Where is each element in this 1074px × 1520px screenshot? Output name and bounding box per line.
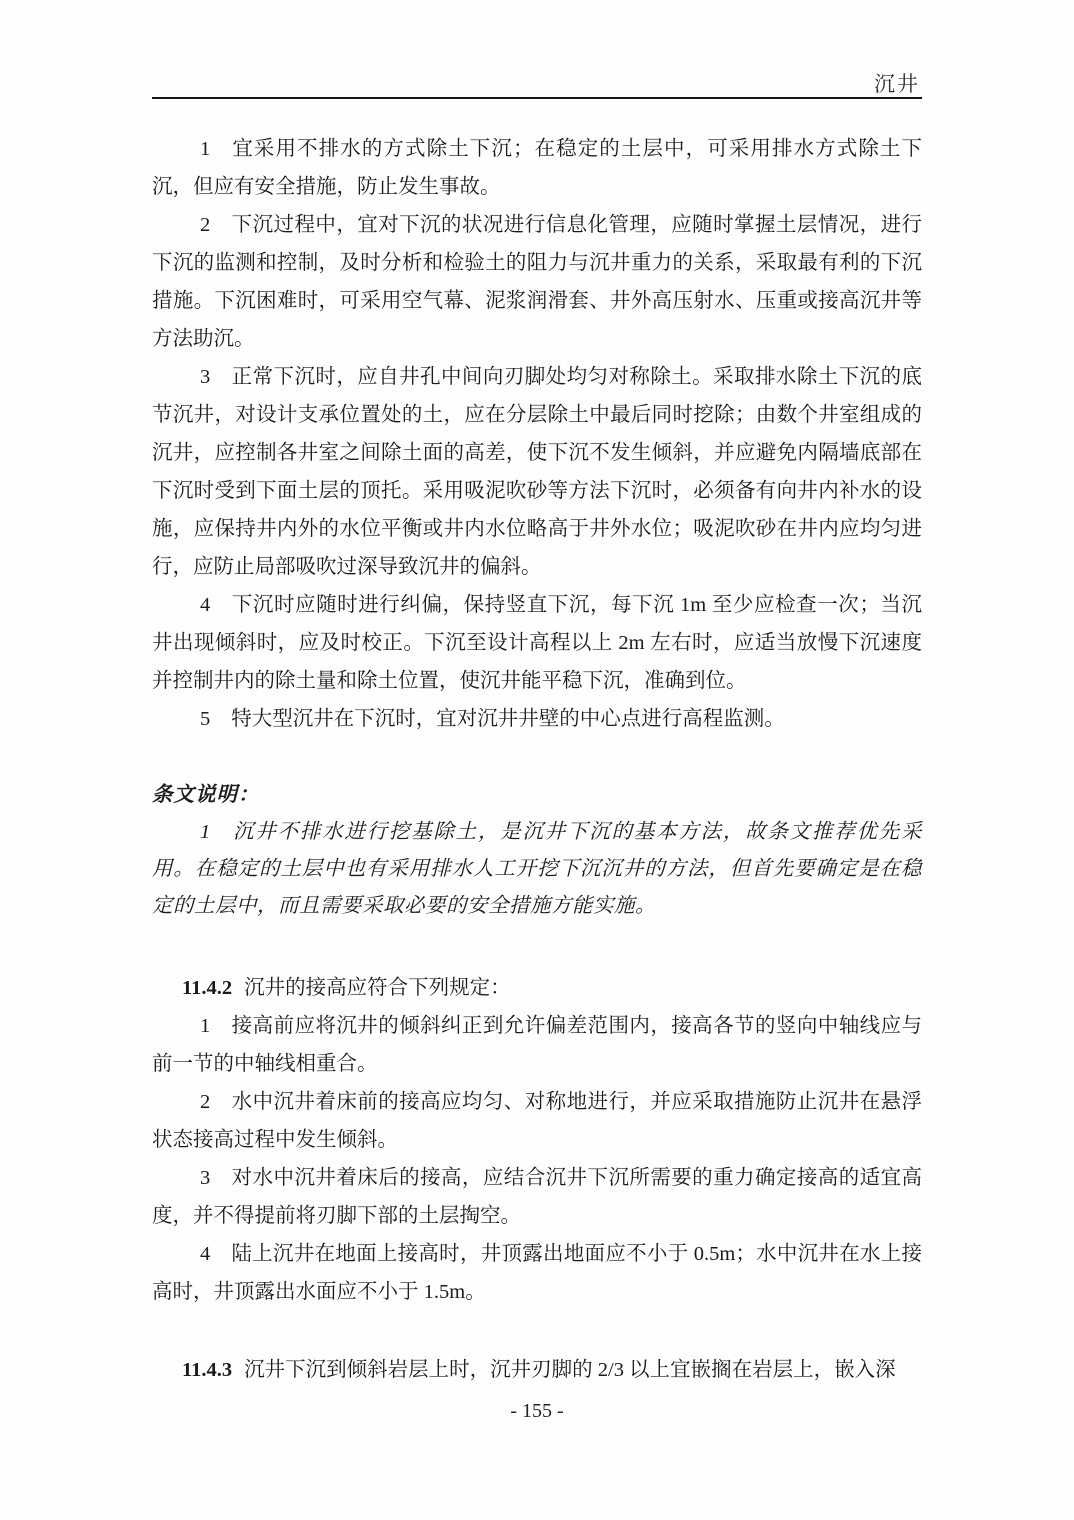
- section-11-4-3-heading: 11.4.3沉井下沉到倾斜岩层上时，沉井刃脚的 2/3 以上宜嵌搁在岩层上，嵌入…: [152, 1351, 922, 1389]
- section-11-4-2-item-4-text: 陆上沉井在地面上接高时，井顶露出地面应不小于 0.5m；水中沉井在水上接高时，井…: [152, 1243, 922, 1303]
- clause-item-5: 5特大型沉井在下沉时，宜对沉井井壁的中心点进行高程监测。: [152, 700, 922, 738]
- section-11-4-2-item-2: 2水中沉井着床前的接高应均匀、对称地进行，并应采取措施防止沉井在悬浮状态接高过程…: [152, 1083, 922, 1159]
- clause-4-text: 下沉时应随时进行纠偏，保持竖直下沉，每下沉 1m 至少应检查一次；当沉井出现倾斜…: [152, 594, 922, 692]
- clause-5-number: 5: [200, 700, 210, 738]
- clause-3-number: 3: [200, 358, 210, 396]
- clause-4-number: 4: [200, 586, 210, 624]
- clause-item-2: 2下沉过程中，宜对下沉的状况进行信息化管理，应随时掌握土层情况，进行下沉的监测和…: [152, 206, 922, 358]
- clause-5-text: 特大型沉井在下沉时，宜对沉井井壁的中心点进行高程监测。: [231, 708, 785, 730]
- section-11-4-2-heading: 11.4.2沉井的接高应符合下列规定：: [152, 969, 922, 1007]
- section-11-4-2-item-3-number: 3: [200, 1159, 210, 1197]
- section-11-4-2-item-2-text: 水中沉井着床前的接高应均匀、对称地进行，并应采取措施防止沉井在悬浮状态接高过程中…: [152, 1091, 922, 1151]
- running-header-title: 沉井: [874, 68, 920, 98]
- section-11-4-2-item-1-text: 接高前应将沉井的倾斜纠正到允许偏差范围内，接高各节的竖向中轴线应与前一节的中轴线…: [152, 1015, 922, 1075]
- commentary-1-text: 沉井不排水进行挖基除土，是沉井下沉的基本方法，故条文推荐优先采用。在稳定的土层中…: [152, 821, 922, 917]
- commentary-item-1: 1沉井不排水进行挖基除土，是沉井下沉的基本方法，故条文推荐优先采用。在稳定的土层…: [152, 814, 922, 925]
- section-11-4-2-item-2-number: 2: [200, 1083, 210, 1121]
- page-body: 1宜采用不排水的方式除土下沉；在稳定的土层中，可采用排水方式除土下沉，但应有安全…: [152, 130, 922, 1389]
- clause-1-number: 1: [200, 130, 210, 168]
- page-footer: - 155 -: [0, 1400, 1074, 1423]
- clause-1-text: 宜采用不排水的方式除土下沉；在稳定的土层中，可采用排水方式除土下沉，但应有安全措…: [152, 138, 922, 198]
- clause-item-3: 3正常下沉时，应自井孔中间向刃脚处均匀对称除土。采取排水除土下沉的底节沉井，对设…: [152, 358, 922, 586]
- commentary-1-number: 1: [200, 814, 211, 851]
- section-11-4-2-item-1-number: 1: [200, 1007, 210, 1045]
- section-11-4-2-item-4-number: 4: [200, 1235, 210, 1273]
- section-11-4-3-number: 11.4.3: [182, 1359, 232, 1381]
- section-11-4-2-number: 11.4.2: [182, 977, 232, 999]
- section-11-4-2-title: 沉井的接高应符合下列规定：: [244, 977, 511, 999]
- section-11-4-3-text: 沉井下沉到倾斜岩层上时，沉井刃脚的 2/3 以上宜嵌搁在岩层上，嵌入深: [244, 1359, 895, 1381]
- clause-2-number: 2: [200, 206, 210, 244]
- page-number: - 155 -: [510, 1400, 563, 1422]
- section-11-4-2-item-3: 3对水中沉井着床后的接高，应结合沉井下沉所需要的重力确定接高的适宜高度，并不得提…: [152, 1159, 922, 1235]
- clause-3-text: 正常下沉时，应自井孔中间向刃脚处均匀对称除土。采取排水除土下沉的底节沉井，对设计…: [152, 366, 922, 578]
- commentary-heading: 条文说明：: [152, 777, 922, 814]
- clause-item-4: 4下沉时应随时进行纠偏，保持竖直下沉，每下沉 1m 至少应检查一次；当沉井出现倾…: [152, 586, 922, 700]
- header-rule: [152, 97, 922, 99]
- section-11-4-2-item-4: 4陆上沉井在地面上接高时，井顶露出地面应不小于 0.5m；水中沉井在水上接高时，…: [152, 1235, 922, 1311]
- document-page: 沉井 1宜采用不排水的方式除土下沉；在稳定的土层中，可采用排水方式除土下沉，但应…: [0, 0, 1074, 1520]
- clause-2-text: 下沉过程中，宜对下沉的状况进行信息化管理，应随时掌握土层情况，进行下沉的监测和控…: [152, 214, 922, 350]
- section-11-4-2-item-1: 1接高前应将沉井的倾斜纠正到允许偏差范围内，接高各节的竖向中轴线应与前一节的中轴…: [152, 1007, 922, 1083]
- section-11-4-2-item-3-text: 对水中沉井着床后的接高，应结合沉井下沉所需要的重力确定接高的适宜高度，并不得提前…: [152, 1167, 922, 1227]
- clause-item-1: 1宜采用不排水的方式除土下沉；在稳定的土层中，可采用排水方式除土下沉，但应有安全…: [152, 130, 922, 206]
